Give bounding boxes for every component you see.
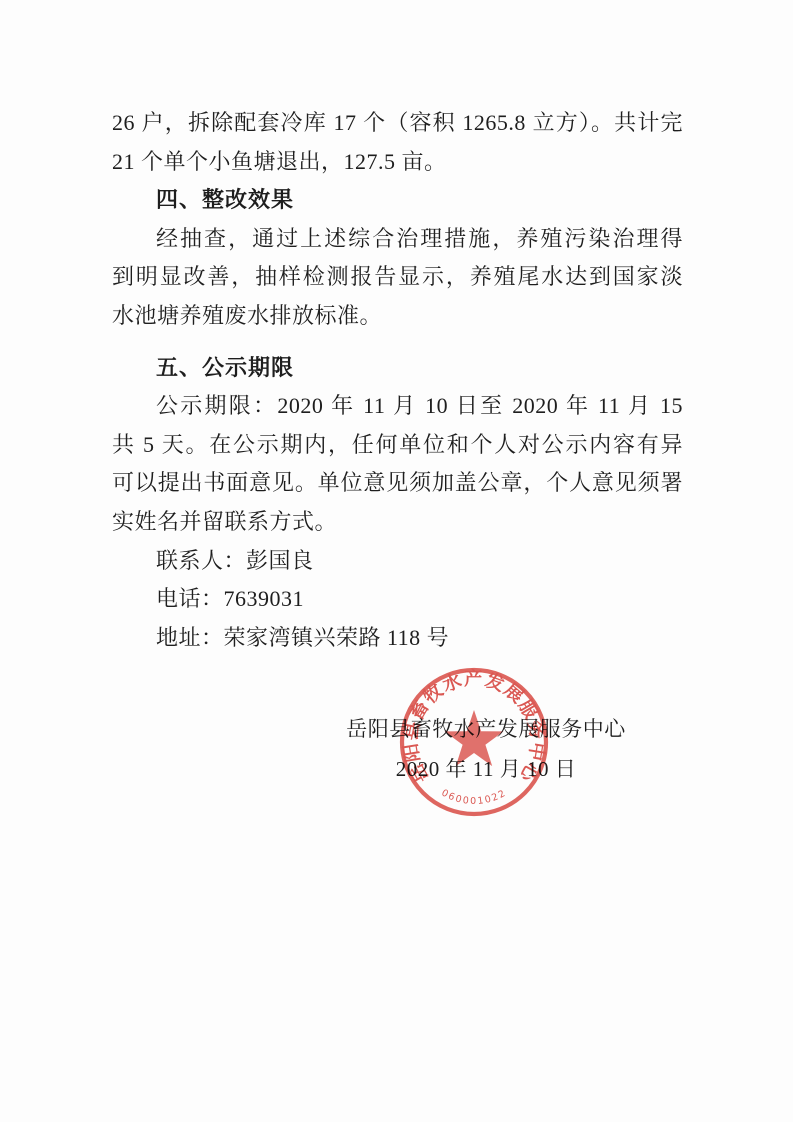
contact-address-line: 地址：荣家湾镇兴荣路 118 号 [112, 619, 683, 658]
body-line: 实姓名并留联系方式。 [112, 503, 683, 542]
signature-block: 岳阳县畜牧水产发展服务中心 2020 年 11 月 10 日 [330, 709, 642, 789]
contact-phone-line: 电话：7639031 [112, 580, 683, 619]
contact-person-line: 联系人：彭国良 [112, 542, 683, 581]
body-line: 21 个单个小鱼塘退出，127.5 亩。 [112, 143, 683, 182]
body-line: 水池塘养殖废水排放标准。 [112, 297, 683, 336]
signature-organization: 岳阳县畜牧水产发展服务中心 [330, 709, 642, 749]
signature-date: 2020 年 11 月 10 日 [330, 749, 642, 789]
document-page: 26 户，拆除配套冷库 17 个（容积 1265.8 立方）。共计完成 21 个… [0, 0, 793, 1122]
document-body: 26 户，拆除配套冷库 17 个（容积 1265.8 立方）。共计完成 21 个… [112, 104, 683, 657]
body-line: 可以提出书面意见。单位意见须加盖公章，个人意见须署真 [112, 464, 683, 503]
body-line: 经抽查，通过上述综合治理措施，养殖污染治理得 [112, 220, 683, 259]
body-line: 公示期限：2020 年 11 月 10 日至 2020 年 11 月 15 日， [112, 387, 683, 426]
body-line: 26 户，拆除配套冷库 17 个（容积 1265.8 立方）。共计完成 [112, 104, 683, 143]
body-line: 共 5 天。在公示期内，任何单位和个人对公示内容有异议， [112, 426, 683, 465]
section-heading-4: 四、整改效果 [112, 181, 683, 220]
body-line: 到明显改善，抽样检测报告显示，养殖尾水达到国家淡 [112, 258, 683, 297]
section-heading-5: 五、公示期限 [112, 349, 683, 388]
